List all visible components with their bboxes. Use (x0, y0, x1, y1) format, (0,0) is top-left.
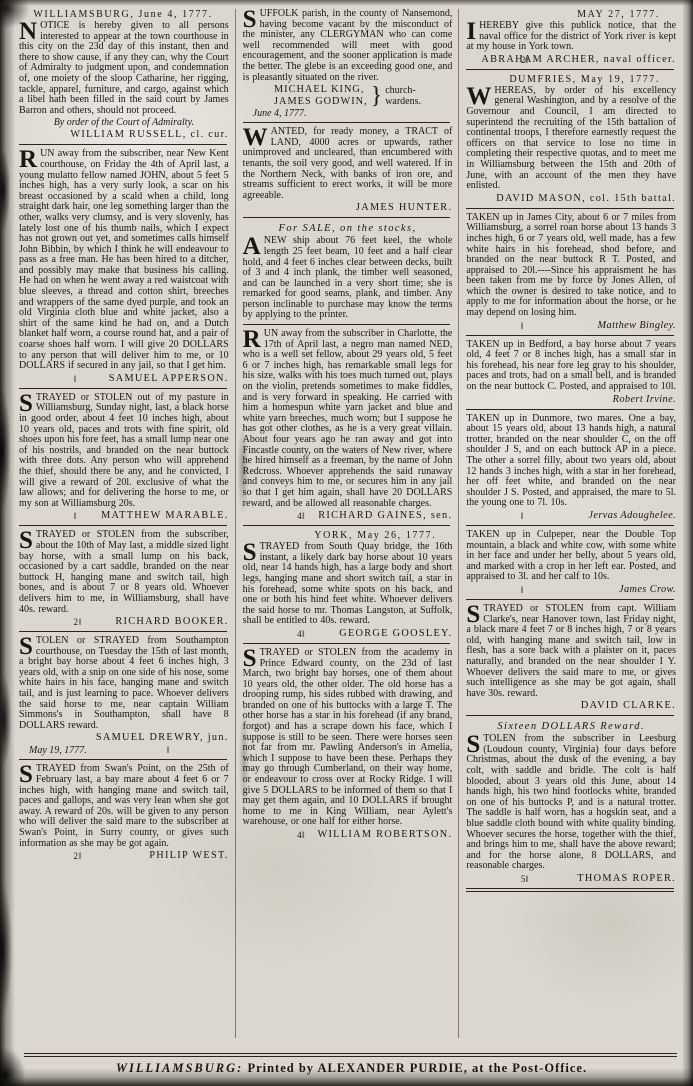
rule-divider (19, 759, 227, 760)
signature: THOMAS ROPER. (577, 873, 676, 885)
column-3: MAY 27, 1777. IHEREBY give this publick … (458, 9, 682, 1038)
signature: Jervas Adoughelee. (588, 510, 676, 522)
warden-label: church- wardens. (385, 85, 421, 107)
signature-line: ‖James Crow. (466, 584, 676, 596)
signature: WILLIAM ROBERTSON. (317, 829, 452, 841)
article-stolen-roper: Sixteen DOLLARS Reward. STOLEN from the … (466, 720, 676, 885)
article-recruiting-mason: DUMFRIES, May 19, 1777. WHEREAS, by orde… (466, 74, 676, 205)
article-strayed-clarke: STRAYED or STOLEN from capt. William Cla… (466, 604, 676, 712)
article-suffolk-parish: SUFFOLK parish, in the county of Nansemo… (243, 9, 453, 119)
article-academy-horses: STRAYED or STOLEN from the academy in Pr… (243, 648, 453, 841)
reference-mark: 4‖ (297, 829, 305, 841)
drop-cap: A (243, 237, 261, 256)
article-wanted-land: WANTED, for ready money, a TRACT of LAND… (243, 127, 453, 214)
reference-mark: ‖ (74, 373, 77, 385)
reference-mark: ‖ (167, 745, 170, 755)
reference-mark: ‖ (74, 510, 77, 522)
reference-mark: 2‖ (74, 616, 82, 628)
rule-divider (19, 631, 227, 632)
article-body: WANTED, for ready money, a TRACT of LAND… (243, 127, 453, 201)
article-body: TAKEN up in Bedford, a bay horse about 7… (466, 340, 676, 393)
signature: JAMES HUNTER. (356, 202, 452, 214)
date-footline: May 19, 1777.‖ (19, 745, 229, 756)
body-text: TOLEN or STRAYED from Southampton courth… (19, 635, 229, 731)
signature-line: 2‖ABRAHAM ARCHER, naval officer. (466, 54, 676, 66)
drop-cap: S (243, 543, 257, 562)
body-text: TRAYED or STOLEN from the subscriber, ab… (19, 529, 229, 614)
signature-line: ‖MATTHEW MARABLE. (19, 510, 229, 522)
body-text: HEREAS, by order of his excellency gener… (466, 85, 676, 191)
reference-mark: 5‖ (521, 873, 529, 885)
drop-cap: W (466, 87, 491, 106)
body-text: OTICE is hereby given to all persons int… (19, 20, 229, 116)
churchwardens-block: MICHAEL KING, JAMES GODWIN, } church- wa… (243, 84, 453, 107)
signature-line: 4‖RICHARD GAINES, sen. (243, 510, 453, 522)
body-text: ANTED, for ready money, a TRACT of LAND,… (243, 126, 453, 201)
article-body: RUN away from the subscriber in Charlott… (243, 329, 453, 509)
rule-divider (243, 324, 451, 325)
rule-divider (466, 208, 674, 209)
order-line: By order of the Court of Admiralty. (19, 117, 229, 128)
article-stolen-drewry: STOLEN or STRAYED from Southampton court… (19, 636, 229, 756)
drop-cap: S (19, 765, 33, 784)
rule-divider (466, 335, 674, 336)
date-footline: June 4, 1777. (243, 108, 453, 119)
signature-line: ‖SAMUEL APPERSON. (19, 373, 229, 385)
footer-rule (24, 1053, 677, 1057)
reference-mark: 2‖ (521, 54, 529, 66)
warden-name: MICHAEL KING, (274, 84, 368, 96)
article-body: RUN away from the subscriber, near New K… (19, 149, 229, 371)
body-text: TRAYED or STOLEN from capt. William Clar… (466, 603, 676, 699)
body-text: TRAYED or STOLEN out of my pasture in Wi… (19, 392, 229, 509)
signature: SAMUEL DREWRY, jun. (96, 732, 229, 744)
signature: James Crow. (619, 584, 676, 596)
article-body: TAKEN up in Dunmore, two mares. One a ba… (466, 414, 676, 509)
ad-heading: Sixteen DOLLARS Reward. (466, 720, 676, 733)
reference-mark: ‖ (521, 320, 524, 332)
column-1: WILLIAMSBURG, June 4, 1777. NOTICE is he… (17, 9, 235, 1038)
imprint-city: WILLIAMSBURG: (116, 1061, 243, 1075)
reference-mark: 2‖ (74, 850, 82, 862)
signature: Robert Irvine. (613, 394, 676, 406)
drop-cap: I (466, 22, 476, 41)
imprint-line: WILLIAMSBURG: Printed by ALEXANDER PURDI… (24, 1061, 679, 1076)
rule-divider (466, 409, 674, 410)
body-text: UN away from the subscriber in Charlotte… (243, 328, 453, 509)
article-runaway-john: RUN away from the subscriber, near New K… (19, 149, 229, 384)
signature-line: DAVID CLARKE. (466, 700, 676, 712)
signature-line: WILLIAM RUSSELL, cl. cur. (19, 129, 229, 141)
article-body: TAKEN up in Culpeper, near the Double To… (466, 530, 676, 583)
signature-line: 4‖GEORGE GOOSLEY. (243, 628, 453, 640)
ad-heading: For SALE, on the stocks, (243, 222, 453, 235)
reference-mark: 4‖ (297, 628, 305, 640)
newspaper-page: WILLIAMSBURG, June 4, 1777. NOTICE is he… (0, 0, 693, 1086)
signature: PHILIP WEST. (149, 850, 228, 862)
drop-cap: S (243, 10, 257, 29)
article-body: STRAYED from Swan's Point, on the 25th o… (19, 764, 229, 849)
drop-cap: S (466, 605, 480, 624)
drop-cap: S (19, 394, 33, 413)
body-text: TRAYED from South Quay bridge, the 16th … (243, 541, 453, 626)
signature: SAMUEL APPERSON. (109, 373, 229, 385)
signature-line: 2‖RICHARD BOOKER. (19, 616, 229, 628)
body-text: TOLEN from the subscriber in Leesburg (L… (466, 733, 676, 871)
article-body: TAKEN up in James City, about 6 or 7 mil… (466, 213, 676, 319)
drop-cap: R (19, 150, 37, 169)
signature: GEORGE GOOSLEY. (339, 628, 452, 640)
signature: WILLIAM RUSSELL, cl. cur. (70, 129, 228, 141)
rule-divider (466, 525, 674, 526)
drop-cap: R (243, 330, 261, 349)
rule-divider (243, 217, 451, 218)
body-text: NEW ship about 76 feet keel, the whole l… (243, 235, 453, 320)
article-body: STOLEN or STRAYED from Southampton court… (19, 636, 229, 731)
warden-names: MICHAEL KING, JAMES GODWIN, (274, 84, 368, 107)
article-admiralty-notice: WILLIAMSBURG, June 4, 1777. NOTICE is he… (19, 9, 229, 141)
rule-divider (19, 144, 227, 145)
rule-divider (243, 122, 451, 123)
article-body: STRAYED from South Quay bridge, the 16th… (243, 542, 453, 627)
article-strayed-booker: STRAYED or STOLEN from the subscriber, a… (19, 530, 229, 628)
body-text: UFFOLK parish, in the county of Nansemon… (243, 9, 453, 83)
imprint-text: Printed by ALEXANDER PURDIE, at the Post… (247, 1061, 587, 1075)
body-text: UN away from the subscriber, near New Ke… (19, 148, 229, 371)
signature-line: ‖Jervas Adoughelee. (466, 510, 676, 522)
signature: ABRAHAM ARCHER, naval officer. (481, 54, 676, 66)
rule-divider (466, 69, 674, 70)
article-body: STRAYED or STOLEN from capt. William Cla… (466, 604, 676, 699)
warden-name: JAMES GODWIN, (274, 96, 368, 108)
rule-divider (466, 599, 674, 600)
article-taken-james-city: TAKEN up in James City, about 6 or 7 mil… (466, 213, 676, 332)
signature-line: SAMUEL DREWRY, jun. (19, 732, 229, 744)
article-strayed-goosley: YORK, May 26, 1777. STRAYED from South Q… (243, 530, 453, 640)
article-body: NOTICE is hereby given to all persons in… (19, 21, 229, 116)
article-body: ANEW ship about 76 feet keel, the whole … (243, 236, 453, 321)
rule-divider (466, 715, 674, 716)
rule-divider (243, 643, 451, 644)
article-body: STRAYED or STOLEN from the academy in Pr… (243, 648, 453, 828)
warden-label-line: church- (385, 85, 421, 96)
article-body: SUFFOLK parish, in the county of Nansemo… (243, 9, 453, 83)
drop-cap: S (19, 531, 33, 550)
reference-mark: ‖ (521, 510, 524, 522)
body-text: HEREBY give this publick notice, that th… (466, 20, 676, 52)
drop-cap: S (243, 649, 257, 668)
signature-line: 4‖WILLIAM ROBERTSON. (243, 829, 453, 841)
signature-line: 5‖THOMAS ROPER. (466, 873, 676, 885)
article-strayed-marable: STRAYED or STOLEN out of my pasture in W… (19, 393, 229, 523)
signature-line: DAVID MASON, col. 15th battal. (466, 193, 676, 205)
signature: RICHARD GAINES, sen. (318, 510, 452, 522)
imprint-footer: WILLIAMSBURG: Printed by ALEXANDER PURDI… (24, 1050, 679, 1076)
warden-label-line: wardens. (385, 96, 421, 107)
signature: DAVID CLARKE. (581, 700, 676, 712)
article-runaway-ned: RUN away from the subscriber in Charlott… (243, 329, 453, 522)
article-taken-bedford: TAKEN up in Bedford, a bay horse about 7… (466, 340, 676, 406)
article-taken-culpeper: TAKEN up in Culpeper, near the Double To… (466, 530, 676, 596)
article-naval-office: MAY 27, 1777. IHEREBY give this publick … (466, 9, 676, 66)
signature: DAVID MASON, col. 15th battal. (496, 193, 676, 205)
signature-line: ‖Matthew Bingley. (466, 320, 676, 332)
article-taken-dunmore: TAKEN up in Dunmore, two mares. One a ba… (466, 414, 676, 522)
drop-cap: W (243, 128, 268, 147)
article-body: STOLEN from the subscriber in Leesburg (… (466, 734, 676, 872)
signature-line: 2‖PHILIP WEST. (19, 850, 229, 862)
body-text: TRAYED or STOLEN from the academy in Pri… (243, 647, 453, 828)
drop-cap: S (466, 735, 480, 754)
reference-mark: 4‖ (297, 510, 305, 522)
ad-date: June 4, 1777. (243, 108, 307, 119)
article-body: IHEREBY give this publick notice, that t… (466, 21, 676, 53)
rule-divider (466, 888, 674, 892)
column-2: SUFFOLK parish, in the county of Nansemo… (235, 9, 459, 1038)
signature-line: Robert Irvine. (466, 394, 676, 406)
signature: RICHARD BOOKER. (115, 616, 228, 628)
article-ship-for-sale: For SALE, on the stocks, ANEW ship about… (243, 222, 453, 321)
article-body: STRAYED or STOLEN from the subscriber, a… (19, 530, 229, 615)
body-text: TRAYED from Swan's Point, on the 25th of… (19, 763, 229, 848)
drop-cap: S (19, 637, 33, 656)
article-strayed-west: STRAYED from Swan's Point, on the 25th o… (19, 764, 229, 862)
signature: Matthew Bingley. (598, 320, 676, 332)
drop-cap: N (19, 22, 37, 41)
brace-glyph: } (371, 85, 383, 107)
reference-mark: ‖ (521, 584, 524, 596)
rule-divider (19, 525, 227, 526)
rule-divider (243, 525, 451, 526)
rule-divider (19, 388, 227, 389)
article-body: WHEREAS, by order of his excellency gene… (466, 86, 676, 192)
signature: MATTHEW MARABLE. (101, 510, 229, 522)
ad-date: May 19, 1777. (19, 745, 87, 756)
page-columns: WILLIAMSBURG, June 4, 1777. NOTICE is he… (17, 9, 682, 1038)
article-body: STRAYED or STOLEN out of my pasture in W… (19, 393, 229, 510)
signature-line: JAMES HUNTER. (243, 202, 453, 214)
